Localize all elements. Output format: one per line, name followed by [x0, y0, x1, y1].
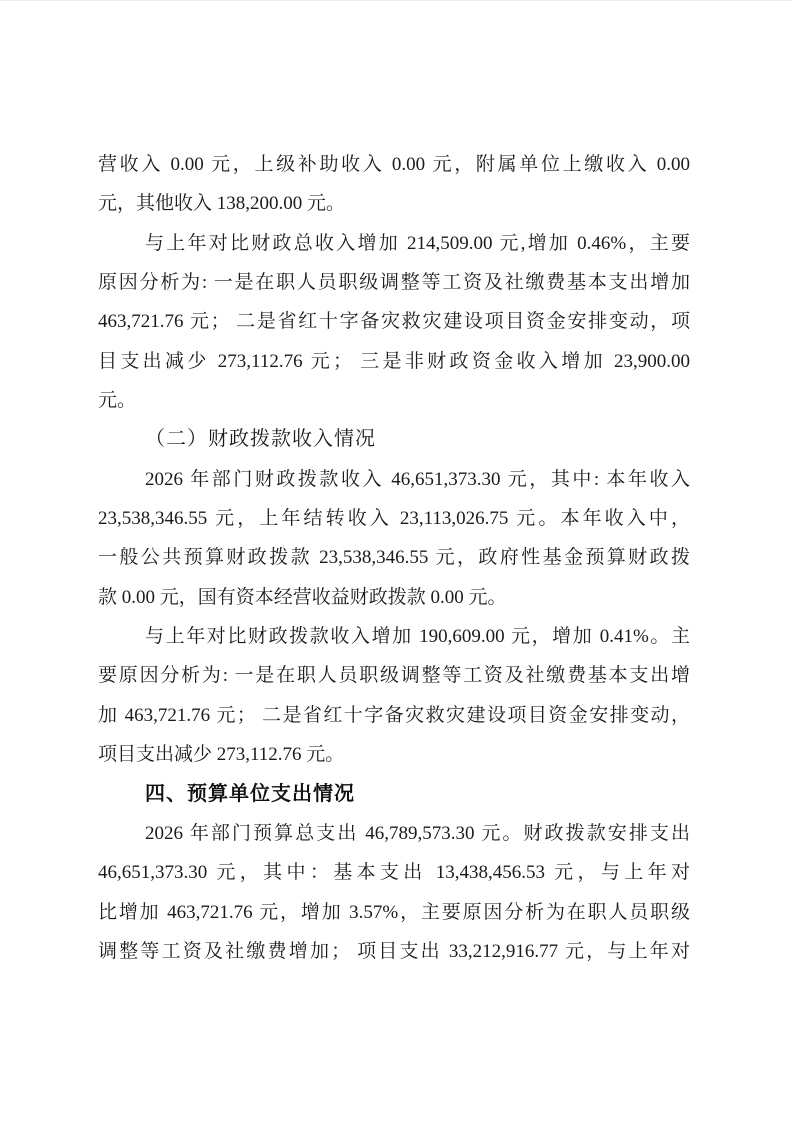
- document-line: 元。: [98, 381, 690, 420]
- document-line: 463,721.76 元； 二是省红十字备灾救灾建设项目资金安排变动，项: [98, 302, 690, 341]
- document-line: 项目支出减少 273,112.76 元。: [98, 735, 690, 774]
- document-line: 目支出减少 273,112.76 元； 三是非财政资金收入增加 23,900.0…: [98, 342, 690, 381]
- document-line: 一般公共预算财政拨款 23,538,346.55 元，政府性基金预算财政拨: [98, 538, 690, 577]
- document-line: 营收入 0.00 元，上级补助收入 0.00 元，附属单位上缴收入 0.00: [98, 145, 690, 184]
- document-line: 与上年对比财政拨款收入增加 190,609.00 元，增加 0.41%。主: [98, 617, 690, 656]
- document-line: 元，其他收入 138,200.00 元。: [98, 184, 690, 223]
- document-page: 营收入 0.00 元，上级补助收入 0.00 元，附属单位上缴收入 0.00 元…: [0, 0, 793, 1122]
- document-line: 46,651,373.30 元，其中：基本支出 13,438,456.53 元，…: [98, 853, 690, 892]
- document-line: 比增加 463,721.76 元，增加 3.57%，主要原因分析为在职人员职级: [98, 893, 690, 932]
- document-line: 2026 年部门财政拨款收入 46,651,373.30 元，其中: 本年收入: [98, 460, 690, 499]
- document-line: 加 463,721.76 元； 二是省红十字备灾救灾建设项目资金安排变动，: [98, 696, 690, 735]
- document-line: 与上年对比财政总收入增加 214,509.00 元,增加 0.46%，主要: [98, 224, 690, 263]
- document-content: 营收入 0.00 元，上级补助收入 0.00 元，附属单位上缴收入 0.00 元…: [98, 145, 690, 971]
- document-line: 要原因分析为: 一是在职人员职级调整等工资及社缴费基本支出增: [98, 656, 690, 695]
- section-heading-fiscal-appropriation-income: （二）财政拨款收入情况: [98, 420, 690, 459]
- document-line: 款 0.00 元，国有资本经营收益财政拨款 0.00 元。: [98, 578, 690, 617]
- document-line: 2026 年部门预算总支出 46,789,573.30 元。财政拨款安排支出: [98, 814, 690, 853]
- document-line: 调整等工资及社缴费增加； 项目支出 33,212,916.77 元，与上年对: [98, 932, 690, 971]
- document-line: 原因分析为: 一是在职人员职级调整等工资及社缴费基本支出增加: [98, 263, 690, 302]
- section-heading-budget-unit-expenditure: 四、预算单位支出情况: [98, 775, 690, 814]
- document-line: 23,538,346.55 元，上年结转收入 23,113,026.75 元。本…: [98, 499, 690, 538]
